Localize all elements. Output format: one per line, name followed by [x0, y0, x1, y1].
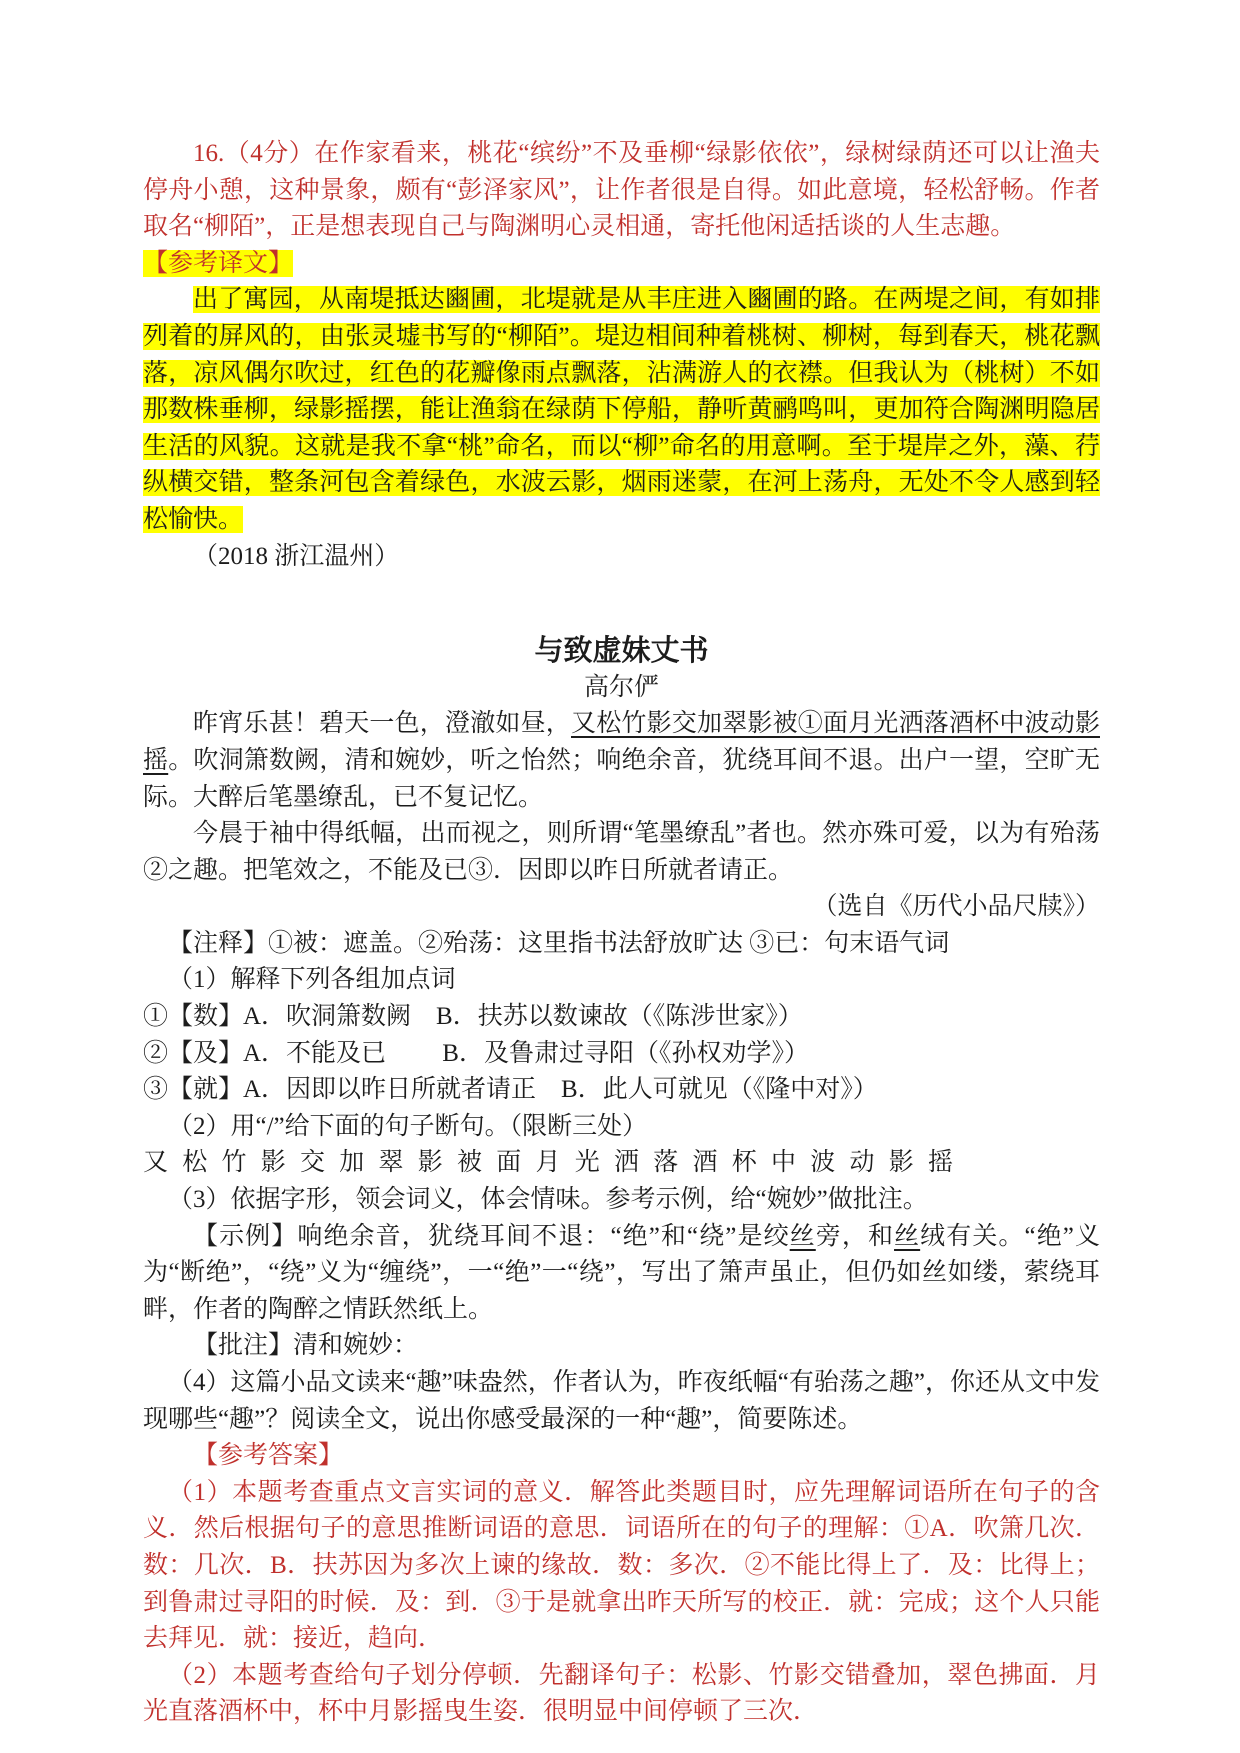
article-paragraph-1: 昨宵乐甚！碧天一色，澄澈如昼，又松竹影交加翠影被①面月光洒落酒杯中波动影摇。吹洞… — [143, 706, 1100, 816]
underlined-text-segment: 丝 — [790, 1223, 816, 1250]
question-4-stem: （4）这篇小品文读来“趣”味盎然，作者认为，昨夜纸幅“有骀荡之趣”，你还从文中发… — [143, 1365, 1100, 1438]
text-segment: 。吹洞箫数阙，清和婉妙，听之怡然；响绝余音，犹绕耳间不退。出户一望，空旷无际。大… — [143, 747, 1100, 811]
answer-2-paragraph: （2）本题考查给句子划分停顿．先翻译句子：松影、竹影交错叠加，翠色拂面．月光直落… — [143, 1658, 1100, 1731]
reference-translation-label: 【参考译文】 — [143, 250, 293, 277]
question-3-annotation: 【批注】清和婉妙： — [143, 1328, 1100, 1365]
text-segment: 昨宵乐甚！碧天一色，澄澈如昼， — [193, 710, 571, 737]
question-3-example: 【示例】响绝余音，犹绕耳间不退：“绝”和“绕”是绞丝旁，和丝绒有关。“绝”义为“… — [143, 1219, 1100, 1329]
reference-answers-heading: 【参考答案】 — [143, 1438, 1100, 1475]
question-1-item-jiu: ③【就】A．因即以昨日所就者请正 B．此人可就见（《隆中对》） — [143, 1072, 1100, 1109]
text-segment: 【示例】响绝余音，犹绕耳间不退：“绝”和“绕”是绞 — [193, 1223, 790, 1250]
question-1-item-shu: ①【数】A．吹洞箫数阙 B．扶苏以数谏故（《陈涉世家》） — [143, 999, 1100, 1036]
notes-line: 【注释】①被：遮盖。②殆荡：这里指书法舒放旷达 ③已：句末语气词 — [143, 926, 1100, 963]
article-paragraph-2: 今晨于袖中得纸幅，出而视之，则所谓“笔墨缭乱”者也。然亦殊可爱，以为有殆荡②之趣… — [143, 816, 1100, 889]
reference-translation-text: 出了寓园，从南堤抵达豳圃，北堤就是从丰庄进入豳圃的路。在两堤之间，有如排列着的屏… — [143, 286, 1100, 533]
exam-source-line: （2018 浙江温州） — [143, 539, 1100, 576]
text-segment: 旁，和 — [816, 1223, 894, 1250]
article-author: 高尔俨 — [143, 670, 1100, 707]
question-2-stem: （2）用“/”给下面的句子断句。（限断三处） — [143, 1109, 1100, 1146]
question-3-stem: （3）依据字形，领会词义，体会情味。参考示例，给“婉妙”做批注。 — [143, 1182, 1100, 1219]
question-1-stem: （1）解释下列各组加点词 — [143, 962, 1100, 999]
underlined-text-segment: 丝 — [894, 1223, 920, 1250]
question-1-item-ji: ②【及】A．不能及已 B．及鲁肃过寻阳（《孙权劝学》） — [143, 1036, 1100, 1073]
answer-1-paragraph: （1）本题考查重点文言实词的意义．解答此类题目时，应先理解词语所在句子的含义．然… — [143, 1475, 1100, 1658]
reference-translation-paragraph: 出了寓园，从南堤抵达豳圃，北堤就是从丰庄进入豳圃的路。在两堤之间，有如排列着的屏… — [143, 282, 1100, 538]
answer16-paragraph: 16.（4分）在作家看来，桃花“缤纷”不及垂柳“绿影依依”，绿树绿荫还可以让渔夫… — [143, 136, 1100, 246]
article-title: 与致虚妹丈书 — [143, 633, 1100, 670]
article-source-line: （选自《历代小品尺牍》） — [143, 889, 1100, 926]
exam-source-text: （2018 浙江温州） — [193, 543, 399, 570]
question-2-sentence: 又 松 竹 影 交 加 翠 影 被 面 月 光 洒 落 酒 杯 中 波 动 影 … — [143, 1145, 1100, 1182]
reference-translation-heading: 【参考译文】 — [143, 246, 1100, 283]
document-page: 16.（4分）在作家看来，桃花“缤纷”不及垂柳“绿影依依”，绿树绿荫还可以让渔夫… — [0, 0, 1240, 1753]
